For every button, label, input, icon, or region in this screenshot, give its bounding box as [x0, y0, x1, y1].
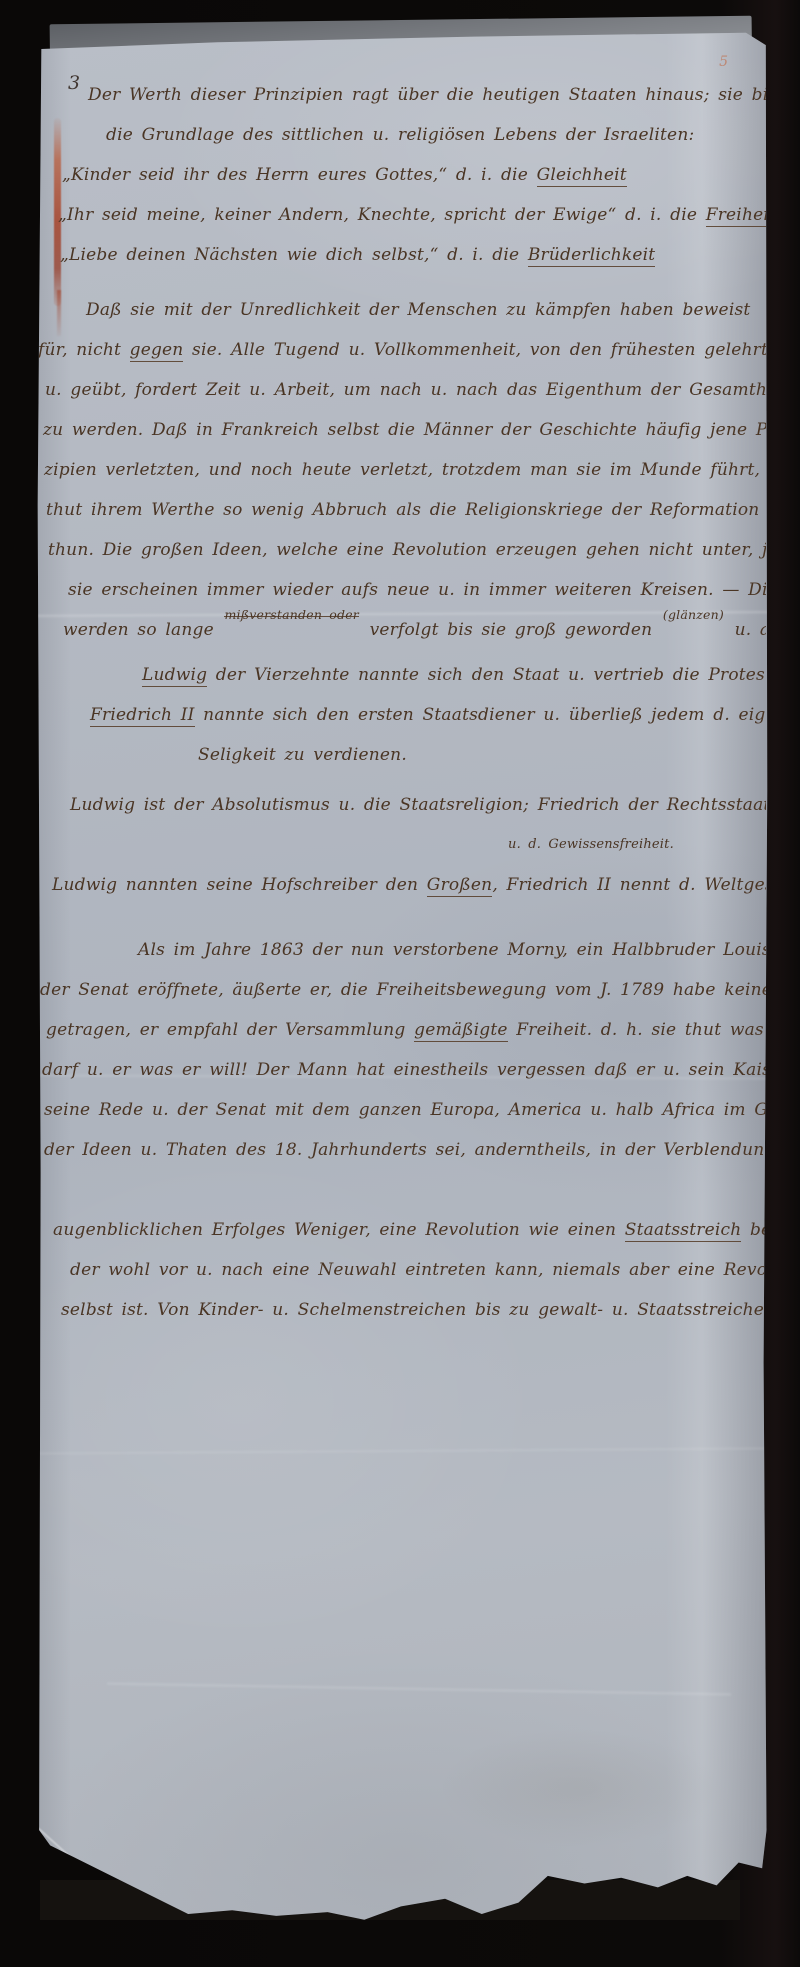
handwriting-segment: Daß sie mit der Unredlichkeit der Mensch… — [86, 300, 750, 320]
handwriting-segment: „Kinder seid ihr des Herrn eures Gottes,… — [62, 165, 537, 185]
handwriting-segment: u. d. Gewissensfreiheit. — [508, 837, 674, 852]
manuscript-line: sie erscheinen immer wieder aufs neue u.… — [38, 570, 766, 610]
manuscript-text: Der Werth dieser Prinzipien ragt über di… — [38, 75, 766, 1330]
manuscript-line: der wohl vor u. nach eine Neuwahl eintre… — [38, 1250, 766, 1290]
underlined-word: Großen — [427, 875, 493, 897]
handwriting-segment: „Liebe deinen Nächsten wie dich selbst,“… — [60, 245, 528, 265]
manuscript-line: der Ideen u. Thaten des 18. Jahrhunderts… — [38, 1130, 766, 1170]
handwriting-segment: für, nicht — [38, 340, 130, 360]
underlined-word: Ludwig — [142, 665, 207, 687]
manuscript-line: Ludwig nannten seine Hofschreiber den Gr… — [38, 865, 766, 905]
manuscript-line: u. d. Gewissensfreiheit. — [38, 825, 766, 865]
handwriting-segment: nannte sich den ersten Staatsdiener u. ü… — [195, 705, 766, 725]
manuscript-line: getragen, er empfahl der Versammlung gem… — [38, 1010, 766, 1050]
manuscript-line: u. geübt, fordert Zeit u. Arbeit, um nac… — [38, 370, 766, 410]
manuscript-line: seine Rede u. der Senat mit dem ganzen E… — [38, 1090, 766, 1130]
handwriting-segment: thut ihrem Werthe so wenig Abbruch als d… — [46, 500, 759, 520]
manuscript-line: Friedrich II nannte sich den ersten Staa… — [38, 695, 766, 735]
handwriting-segment: Seligkeit zu verdienen. — [198, 745, 407, 765]
handwriting-segment: zu werden. Daß in Frankreich selbst die … — [43, 420, 766, 440]
manuscript-line: werden so lange mißverstanden oder verfo… — [38, 610, 766, 650]
handwriting-segment: u. geübt, fordert Zeit u. Arbeit, um nac… — [45, 380, 766, 400]
manuscript-photo: 3 5 Der Werth dieser Prinzipien ragt übe… — [0, 0, 800, 1967]
manuscript-line: „Liebe deinen Nächsten wie dich selbst,“… — [38, 235, 766, 275]
handwriting-segment: seine Rede u. der Senat mit dem ganzen E… — [44, 1100, 766, 1120]
paper-crease — [34, 1447, 768, 1454]
handwriting-segment: verfolgt bis sie groß geworden — [361, 620, 661, 640]
handwriting-segment: getragen, er empfahl der Versammlung — [46, 1020, 414, 1040]
corner-mark: 5 — [719, 54, 728, 70]
manuscript-line: Daß sie mit der Unredlichkeit der Mensch… — [38, 290, 766, 330]
manuscript-line: augenblicklichen Erfolges Weniger, eine … — [38, 1210, 766, 1250]
handwriting-segment: augenblicklichen Erfolges Weniger, eine … — [53, 1220, 625, 1240]
interlinear-insert: mißverstanden oder — [224, 615, 359, 617]
handwriting-segment: werden so lange — [63, 620, 222, 640]
paper-crease — [107, 1683, 731, 1696]
manuscript-line: selbst ist. Von Kinder- u. Schelmenstrei… — [38, 1290, 766, 1330]
handwriting-segment: , Friedrich II nennt d. Weltgeschichte d… — [492, 875, 766, 895]
handwriting-segment: der wohl vor u. nach eine Neuwahl eintre… — [70, 1260, 766, 1280]
underlined-word: Friedrich II — [90, 705, 195, 727]
manuscript-line: „Kinder seid ihr des Herrn eures Gottes,… — [38, 155, 766, 195]
handwriting-segment: die Grundlage des sittlichen u. religiös… — [106, 125, 694, 145]
handwriting-segment: behandelt — [741, 1220, 766, 1240]
manuscript-line: der Senat eröffnete, äußerte er, die Fre… — [38, 970, 766, 1010]
handwriting-segment: Der Werth dieser Prinzipien ragt über di… — [88, 85, 766, 105]
manuscript-line: thut ihrem Werthe so wenig Abbruch als d… — [38, 490, 766, 530]
handwriting-segment: zipien verletzten, und noch heute verlet… — [44, 460, 766, 480]
underlined-word: Brüderlichkeit — [528, 245, 655, 267]
handwriting-segment: selbst ist. Von Kinder- u. Schelmenstrei… — [61, 1300, 766, 1320]
manuscript-line: darf u. er was er will! Der Mann hat ein… — [38, 1050, 766, 1090]
manuscript-line: „Ihr seid meine, keiner Andern, Knechte,… — [38, 195, 766, 235]
underlined-word: gegen — [130, 340, 184, 362]
handwriting-segment: u. als Sieger auftreten. — [726, 620, 766, 640]
manuscript-line: Ludwig ist der Absolutismus u. die Staat… — [38, 785, 766, 825]
paper: 3 5 Der Werth dieser Prinzipien ragt übe… — [34, 28, 768, 1935]
manuscript-line: die Grundlage des sittlichen u. religiös… — [38, 115, 766, 155]
handwriting-segment: darf u. er was er will! Der Mann hat ein… — [42, 1060, 766, 1080]
underlined-word: Staatsstreich — [625, 1220, 742, 1242]
handwriting-segment: Als im Jahre 1863 der nun verstorbene Mo… — [138, 940, 766, 960]
handwriting-segment: Ludwig ist der Absolutismus u. die Staat… — [70, 795, 766, 815]
handwriting-segment: Ludwig nannten seine Hofschreiber den — [52, 875, 427, 895]
manuscript-line: Der Werth dieser Prinzipien ragt über di… — [38, 75, 766, 115]
manuscript-line: zipien verletzten, und noch heute verlet… — [38, 450, 766, 490]
underlined-word: gemäßigte — [414, 1020, 508, 1042]
handwriting-segment: der Senat eröffnete, äußerte er, die Fre… — [40, 980, 766, 1000]
handwriting-segment: der Vierzehnte nannte sich den Staat u. … — [207, 665, 766, 685]
manuscript-line: Seligkeit zu verdienen. — [38, 735, 766, 775]
handwriting-segment: thun. Die großen Ideen, welche eine Revo… — [48, 540, 766, 560]
handwriting-segment: sie erscheinen immer wieder aufs neue u.… — [68, 580, 766, 600]
manuscript-line: Als im Jahre 1863 der nun verstorbene Mo… — [38, 930, 766, 970]
handwriting-segment: Freiheit. d. h. sie thut was sie — [508, 1020, 766, 1040]
handwriting-segment: „Ihr seid meine, keiner Andern, Knechte,… — [58, 205, 706, 225]
underlined-word: Gleichheit — [537, 165, 627, 187]
paper-wrinkle — [438, 1728, 718, 1848]
manuscript-line: thun. Die großen Ideen, welche eine Revo… — [38, 530, 766, 570]
handwriting-segment: der Ideen u. Thaten des 18. Jahrhunderts… — [44, 1140, 766, 1160]
underlined-word: Freiheit — [706, 205, 766, 227]
manuscript-line: Ludwig der Vierzehnte nannte sich den St… — [38, 655, 766, 695]
manuscript-line: für, nicht gegen sie. Alle Tugend u. Vol… — [38, 330, 766, 370]
handwriting-segment: sie. Alle Tugend u. Vollkommenheit, von … — [183, 340, 766, 360]
manuscript-line: zu werden. Daß in Frankreich selbst die … — [38, 410, 766, 450]
